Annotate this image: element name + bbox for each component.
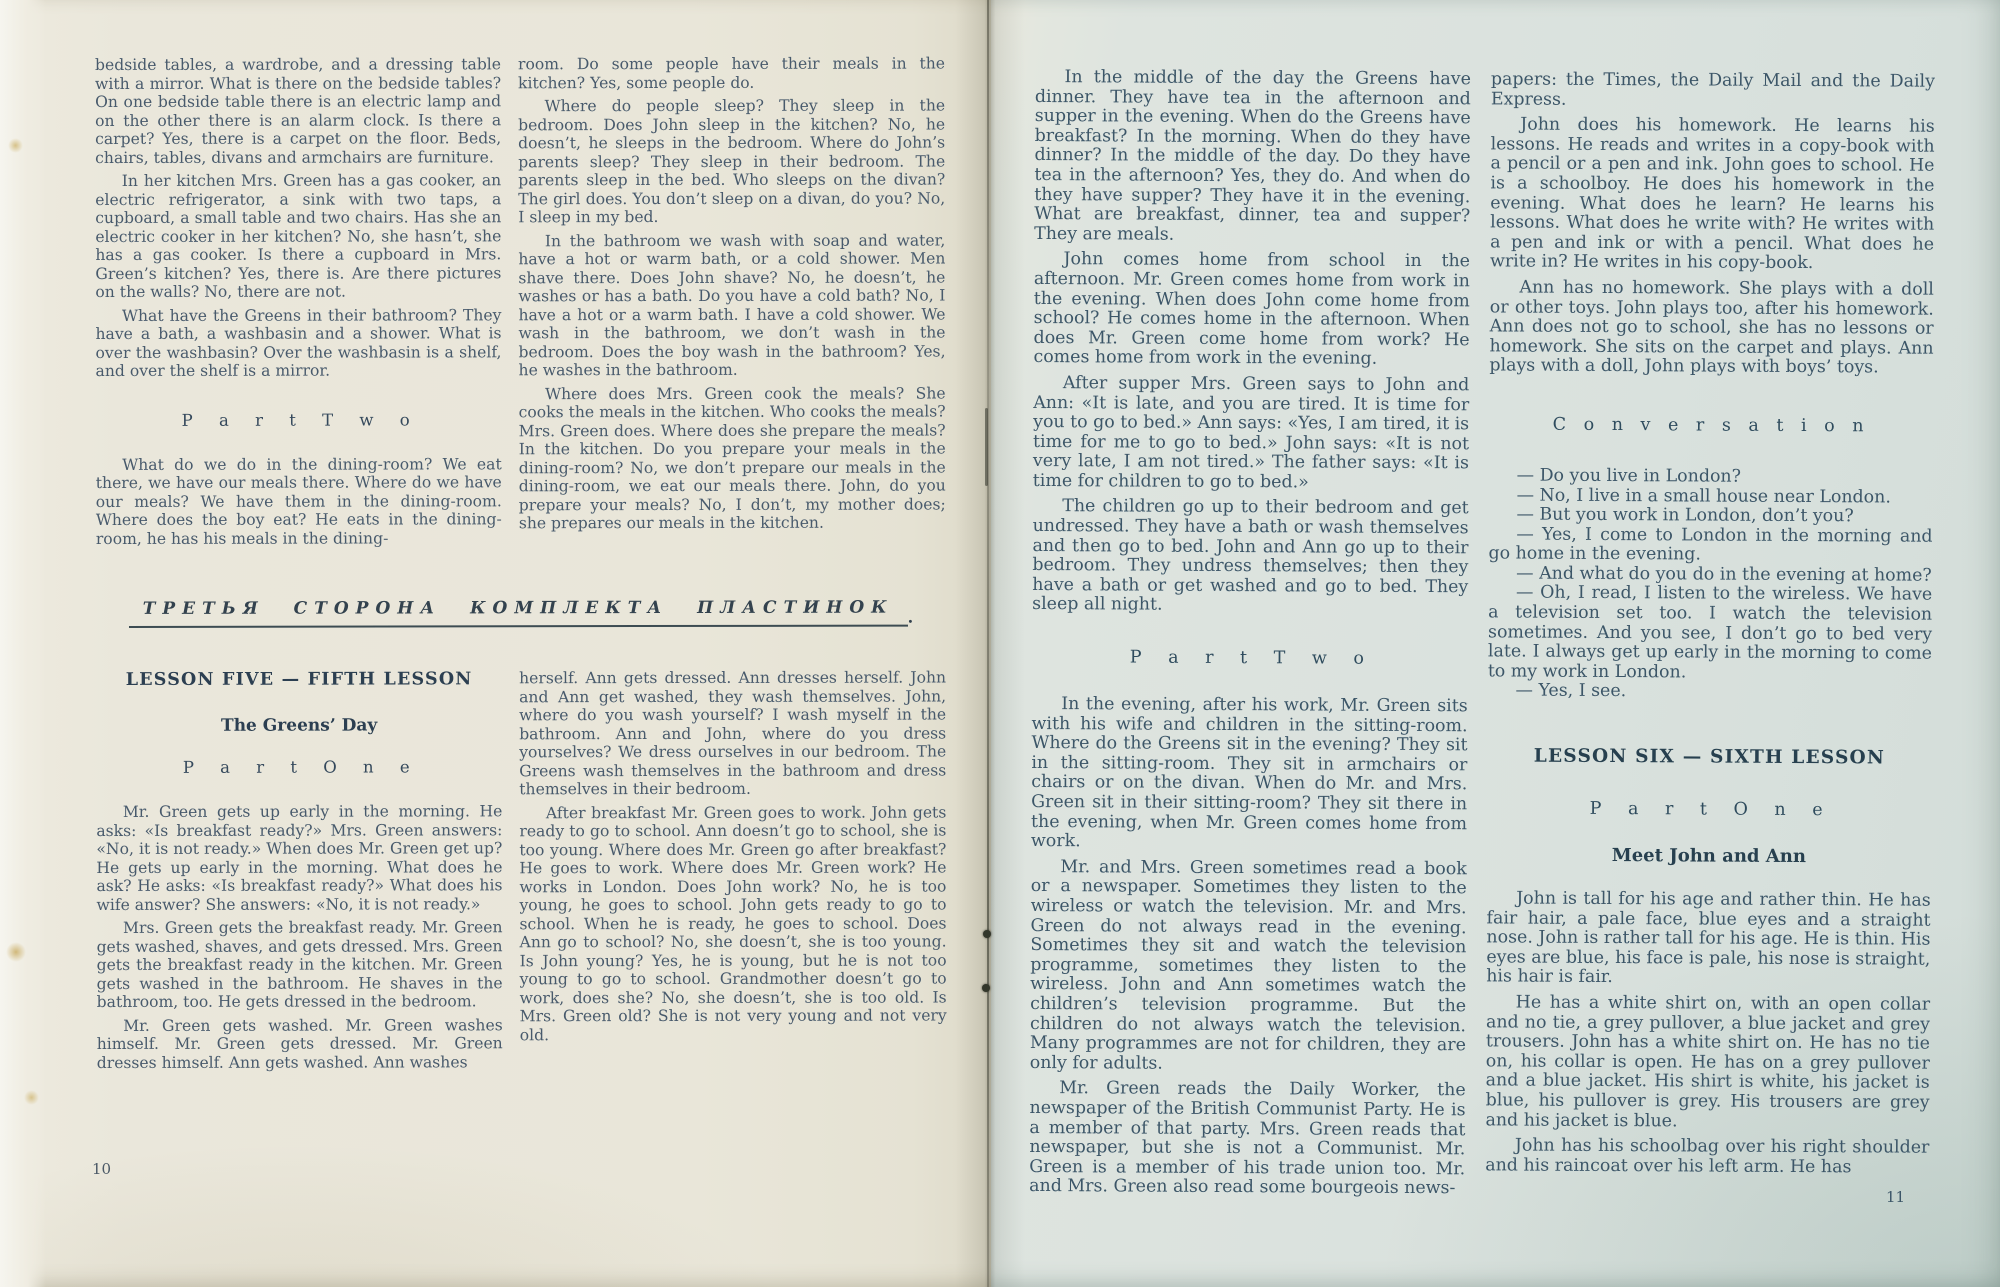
page-number-right: 11 [1886, 1188, 1905, 1206]
top-section: bedside tables, a wardrobe, and a dressi… [95, 55, 946, 553]
paragraph: Where does Mrs. Green cook the meals? Sh… [519, 384, 946, 533]
right-column-2: papers: the Times, the Daily Mail and th… [1485, 70, 1935, 1184]
paragraph: The children go up to their bedroom and … [1032, 497, 1469, 617]
lesson-six-title: LESSON SIX — SIXTH LESSON [1487, 745, 1931, 768]
paragraph: John comes home from school in the after… [1033, 250, 1470, 370]
right-column-1: In the middle of the day the Greens have… [1029, 68, 1471, 1205]
left-column-1: bedside tables, a wardrobe, and a dressi… [95, 55, 502, 553]
paragraph: Mr. Green gets washed. Mr. Green washes … [97, 1016, 503, 1072]
gutter-shadow [955, 0, 1025, 1287]
paragraph: papers: the Times, the Daily Mail and th… [1491, 70, 1935, 112]
paragraph: Mr. Green gets up early in the morning. … [96, 802, 502, 914]
part-two-heading: P a r t T w o [1032, 647, 1468, 669]
paragraph: room. Do some people have their meals in… [518, 55, 945, 93]
paragraph: In the evening, after his work, Mr. Gree… [1031, 695, 1468, 854]
conversation-dialogue: — Do you live in London? — No, I live in… [1488, 466, 1933, 703]
russian-heading-text: ТРЕТЬЯ СТОРОНА КОМПЛЕКТА ПЛАСТИНОК [129, 598, 908, 628]
gutter-crease [987, 0, 989, 1287]
paragraph: After breakfast Mr. Green goes to work. … [519, 803, 946, 1044]
lesson-six-subtitle: Meet John and Ann [1487, 844, 1931, 867]
conversation-heading: C o n v e r s a t i o n [1489, 414, 1933, 436]
left-page-content: bedside tables, a wardrobe, and a dressi… [95, 55, 947, 1077]
dialogue-line: — Oh, I read, I listen to the wireless. … [1488, 584, 1933, 684]
page-right: In the middle of the day the Greens have… [991, 0, 2000, 1287]
page-edge-highlight [0, 0, 46, 1287]
main-section: In the middle of the day the Greens have… [1029, 68, 1935, 1208]
binding-thread [985, 408, 988, 486]
rule-end-dot: . [908, 608, 914, 627]
foxing-spot [24, 1090, 39, 1105]
book-spread: bedside tables, a wardrobe, and a dressi… [0, 0, 2000, 1287]
page-left: bedside tables, a wardrobe, and a dressi… [0, 0, 991, 1287]
paragraph: In the bathroom we wash with soap and wa… [518, 231, 945, 380]
paragraph: John does his homework. He learns his le… [1490, 116, 1935, 275]
lesson-five-title: LESSON FIVE — FIFTH LESSON [96, 669, 502, 690]
binding-stitch [983, 930, 991, 938]
left-column-2: room. Do some people have their meals in… [518, 55, 946, 538]
paragraph: In the middle of the day the Greens have… [1034, 68, 1471, 247]
foxing-spot [8, 138, 23, 153]
paragraph: Where do people sleep? They sleep in the… [518, 97, 945, 227]
paragraph: herself. Ann gets dressed. Ann dresses h… [519, 669, 946, 799]
paragraph: In her kitchen Mrs. Green has a gas cook… [95, 171, 501, 301]
paragraph: Mr. and Mrs. Green sometimes read a book… [1030, 858, 1467, 1076]
paragraph: bedside tables, a wardrobe, and a dressi… [95, 55, 501, 167]
paragraph: Mr. Green reads the Daily Worker, the ne… [1029, 1079, 1466, 1199]
part-two-heading: P a r t T w o [96, 410, 502, 430]
paragraph: Ann has no homework. She plays with a do… [1489, 278, 1934, 378]
paragraph: After supper Mrs. Green says to John and… [1033, 374, 1470, 494]
paragraph: John is tall for his age and rather thin… [1486, 889, 1931, 989]
right-page-content: In the middle of the day the Greens have… [1029, 68, 1935, 1208]
left-column-2: herself. Ann gets dressed. Ann dresses h… [519, 669, 947, 1050]
part-one-heading: P a r t O n e [96, 757, 502, 777]
lesson-five-subtitle: The Greens’ Day [96, 715, 502, 736]
paragraph: Mrs. Green gets the breakfast ready. Mr.… [97, 918, 503, 1011]
paragraph: What have the Greens in their bathroom? … [95, 306, 501, 381]
dialogue-line: — Yes, I come to London in the morning a… [1488, 525, 1932, 567]
page-number-left: 10 [92, 1160, 111, 1178]
dialogue-line: — Yes, I see. [1488, 682, 1932, 704]
left-column-1: LESSON FIVE — FIFTH LESSON The Greens’ D… [96, 669, 503, 1077]
paragraph: John has his schoolbag over his right sh… [1485, 1137, 1929, 1179]
paragraph: He has a white shirt on, with an open co… [1485, 993, 1930, 1132]
binding-stitch [982, 984, 990, 992]
russian-section-heading: ТРЕТЬЯ СТОРОНА КОМПЛЕКТА ПЛАСТИНОК. [96, 598, 946, 628]
part-one-heading: P a r t O n e [1487, 798, 1931, 820]
lesson-five-section: LESSON FIVE — FIFTH LESSON The Greens’ D… [96, 669, 947, 1077]
paragraph: What do we do in the dining-room? We eat… [96, 455, 502, 548]
foxing-spot [6, 942, 26, 962]
